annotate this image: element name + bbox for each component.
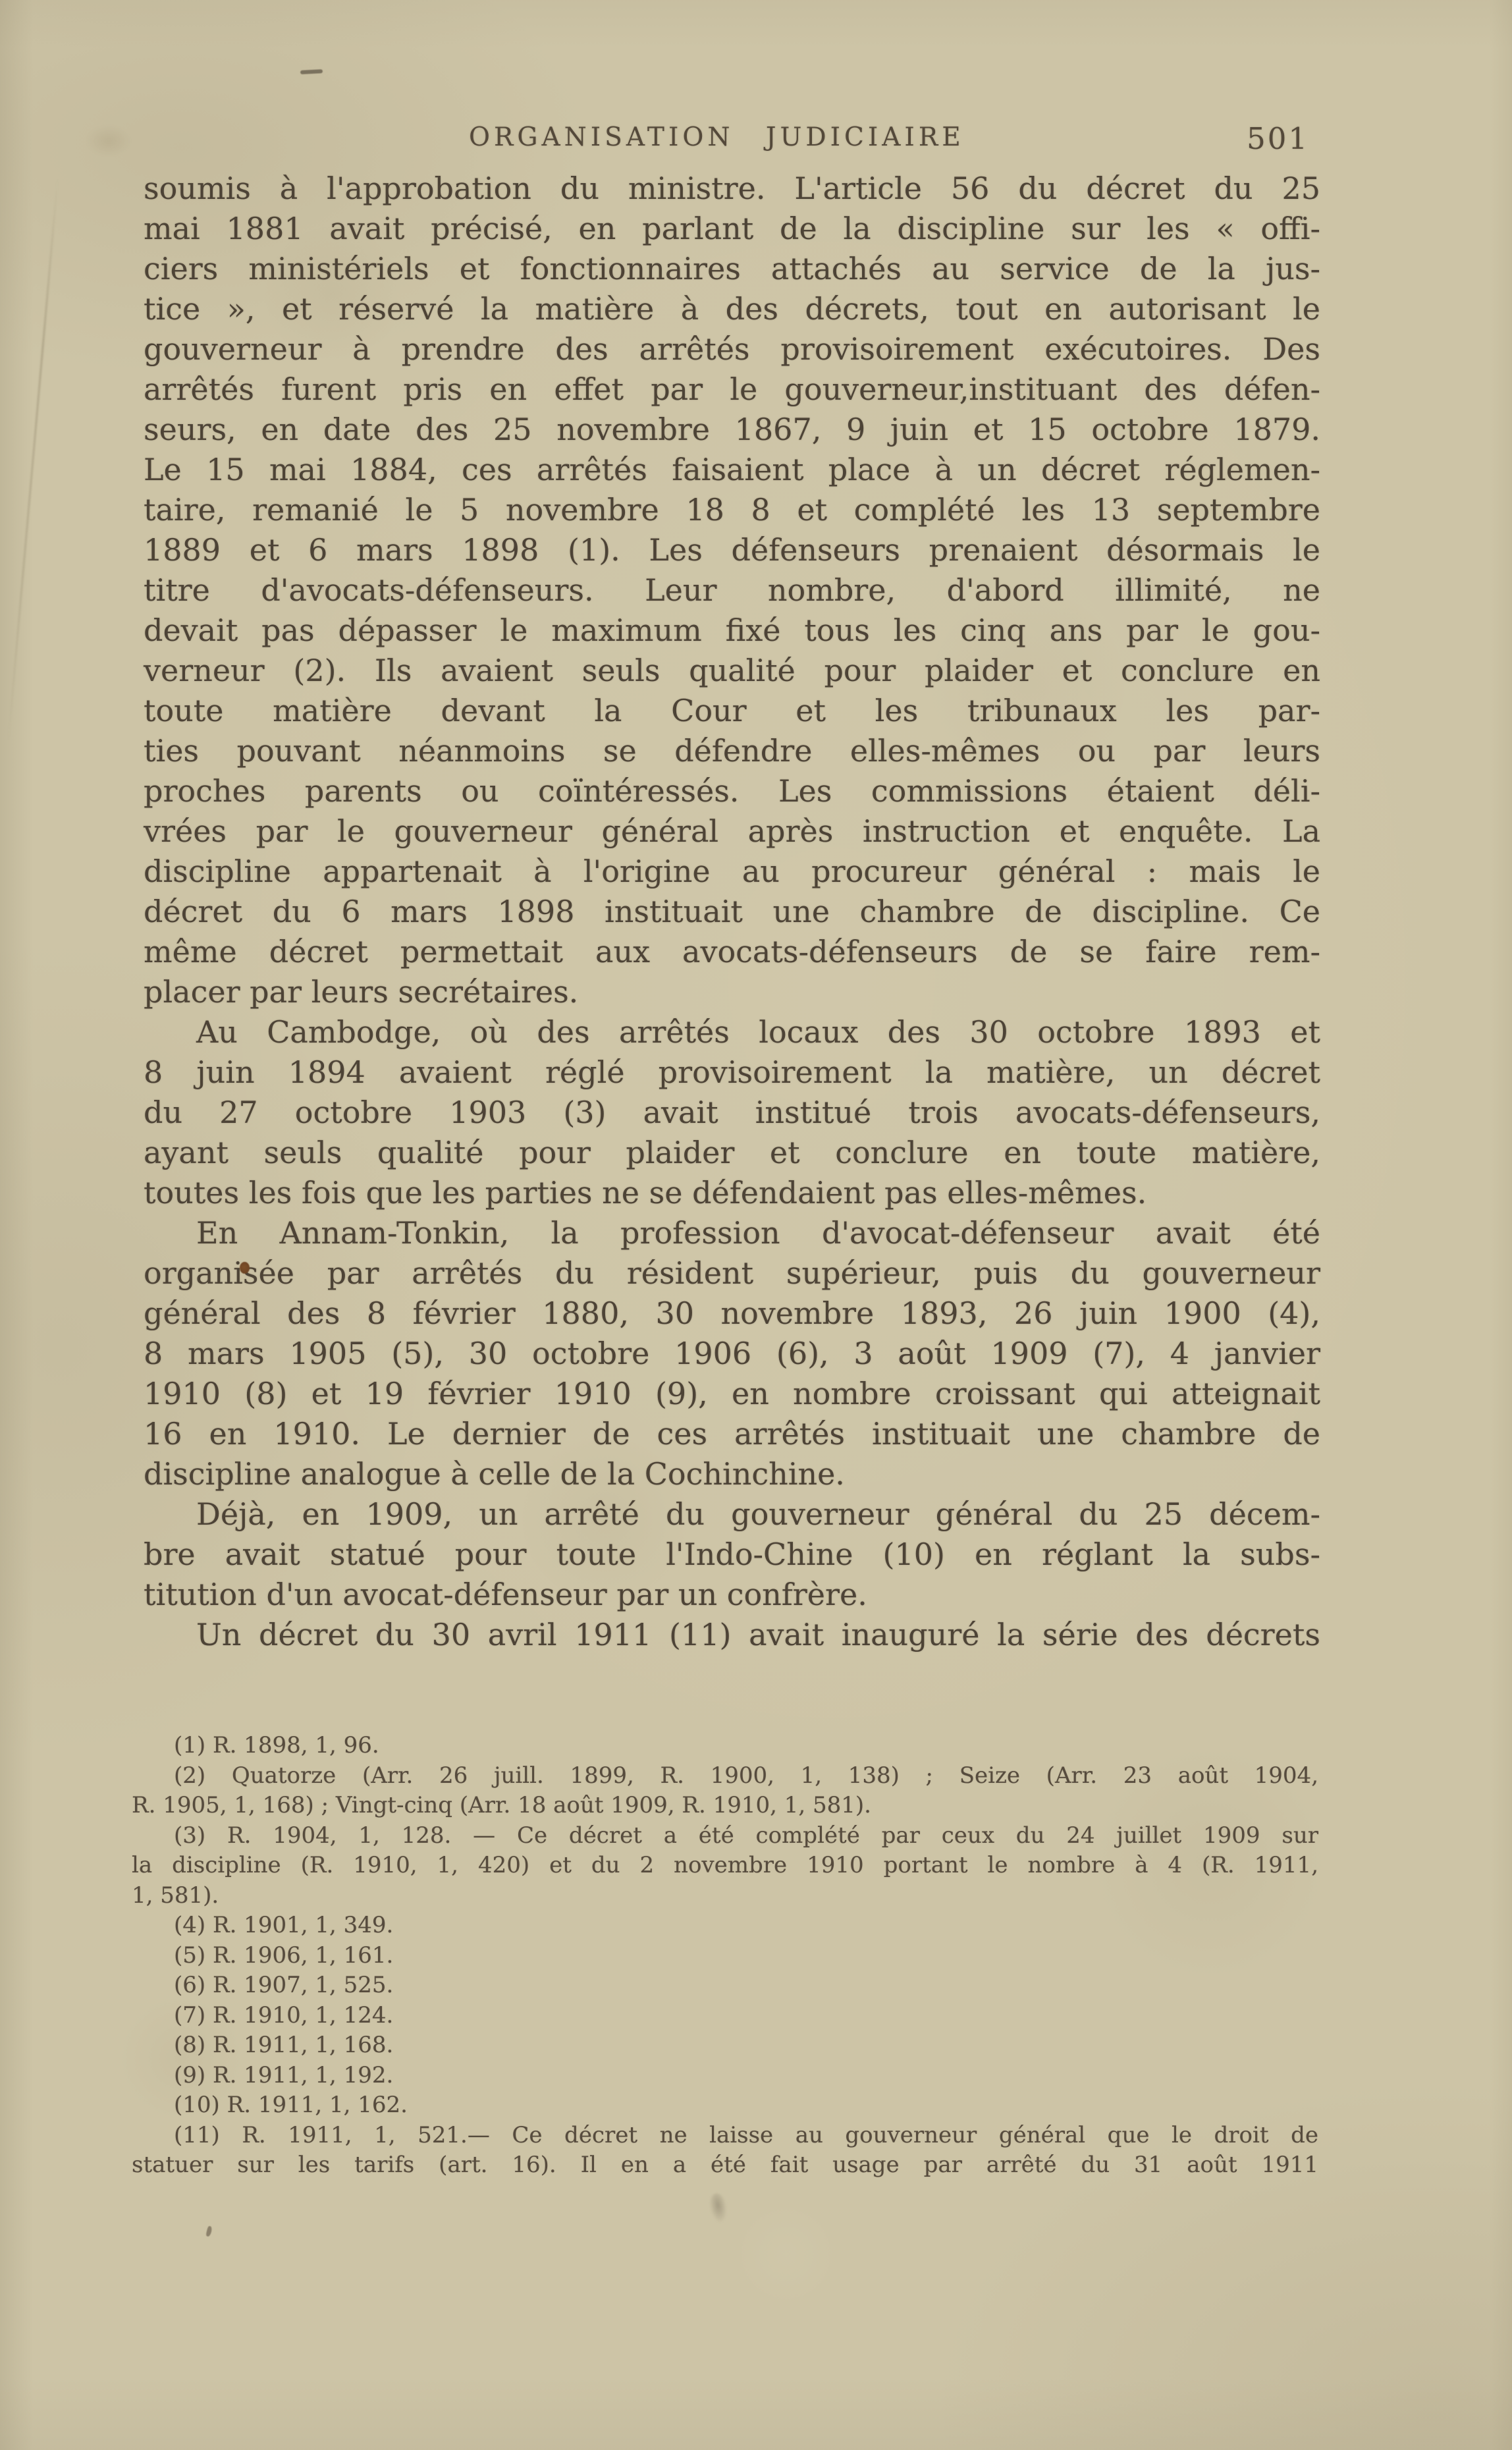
text-line: décret du 6 mars 1898 instituait une cha…	[144, 892, 1320, 932]
text-line: (10) R. 1911, 1, 162.	[132, 2090, 1318, 2121]
footnotes-block: (1) R. 1898, 1, 96.(2) Quatorze (Arr. 26…	[132, 1731, 1318, 2181]
text-line: (6) R. 1907, 1, 525.	[132, 1971, 1318, 2001]
page-header: ORGANISATION JUDICIAIRE 501	[0, 122, 1512, 162]
text-line: Déjà, en 1909, un arrêté du gouverneur g…	[144, 1494, 1320, 1535]
text-line: Un décret du 30 avril 1911 (11) avait in…	[144, 1615, 1320, 1655]
page-number: 501	[1243, 121, 1309, 156]
text-line: (4) R. 1901, 1, 349.	[132, 1911, 1318, 1941]
text-line: soumis à l'approbation du ministre. L'ar…	[144, 169, 1320, 209]
footnote: (2) Quatorze (Arr. 26 juill. 1899, R. 19…	[132, 1761, 1318, 1821]
text-line: proches parents ou coïntéressés. Les com…	[144, 771, 1320, 811]
footnote: (5) R. 1906, 1, 161.	[132, 1941, 1318, 1971]
text-line: (8) R. 1911, 1, 168.	[132, 2030, 1318, 2061]
text-line: 8 juin 1894 avaient réglé provisoirement…	[144, 1052, 1320, 1093]
text-line: ciers ministériels et fonctionnaires att…	[144, 249, 1320, 289]
text-line: Le 15 mai 1884, ces arrêtés faisaient pl…	[144, 450, 1320, 490]
text-line: 16 en 1910. Le dernier de ces arrêtés in…	[144, 1414, 1320, 1454]
text-line: 1910 (8) et 19 février 1910 (9), en nomb…	[144, 1374, 1320, 1414]
text-line: (2) Quatorze (Arr. 26 juill. 1899, R. 19…	[132, 1761, 1318, 1791]
text-line: du 27 octobre 1903 (3) avait institué tr…	[144, 1093, 1320, 1133]
paragraph: Déjà, en 1909, un arrêté du gouverneur g…	[144, 1494, 1320, 1615]
text-line: devait pas dépasser le maximum fixé tous…	[144, 611, 1320, 651]
running-title: ORGANISATION JUDICIAIRE	[469, 122, 965, 152]
footnote: (10) R. 1911, 1, 162.	[132, 2090, 1318, 2121]
text-line: la discipline (R. 1910, 1, 420) et du 2 …	[132, 1851, 1318, 1881]
text-line: verneur (2). Ils avaient seuls qualité p…	[144, 651, 1320, 691]
text-line: bre avait statué pour toute l'Indo-Chine…	[144, 1535, 1320, 1575]
text-line: toutes les fois que les parties ne se dé…	[144, 1173, 1320, 1213]
ink-dash-artifact	[300, 69, 323, 74]
paper-crease-artifact	[7, 178, 59, 742]
text-line: 1889 et 6 mars 1898 (1). Les défenseurs …	[144, 530, 1320, 570]
text-line: même décret permettait aux avocats-défen…	[144, 932, 1320, 972]
text-line: gouverneur à prendre des arrêtés proviso…	[144, 329, 1320, 369]
text-line: général des 8 février 1880, 30 novembre …	[144, 1293, 1320, 1334]
paragraph: Un décret du 30 avril 1911 (11) avait in…	[144, 1615, 1320, 1655]
paragraph: En Annam-Tonkin, la profession d'avocat-…	[144, 1213, 1320, 1494]
text-line: discipline analogue à celle de la Cochin…	[144, 1454, 1320, 1494]
text-line: statuer sur les tarifs (art. 16). Il en …	[132, 2150, 1318, 2181]
paragraph: Au Cambodge, où des arrêtés locaux des 3…	[144, 1012, 1320, 1213]
scanned-book-page: ORGANISATION JUDICIAIRE 501 soumis à l'a…	[0, 0, 1512, 2450]
footnote: (4) R. 1901, 1, 349.	[132, 1911, 1318, 1941]
text-line: (5) R. 1906, 1, 161.	[132, 1941, 1318, 1971]
text-line: 8 mars 1905 (5), 30 octobre 1906 (6), 3 …	[144, 1334, 1320, 1374]
smudge-artifact	[707, 2192, 730, 2225]
text-line: seurs, en date des 25 novembre 1867, 9 j…	[144, 410, 1320, 450]
text-line: tice », et réservé la matière à des décr…	[144, 289, 1320, 329]
text-line: vrées par le gouverneur général après in…	[144, 811, 1320, 852]
footnote: (11) R. 1911, 1, 521.— Ce décret ne lais…	[132, 2121, 1318, 2181]
footnote: (7) R. 1910, 1, 124.	[132, 2001, 1318, 2031]
text-line: discipline appartenait à l'origine au pr…	[144, 852, 1320, 892]
text-line: organisée par arrêtés du résident supéri…	[144, 1253, 1320, 1293]
text-line: Au Cambodge, où des arrêtés locaux des 3…	[144, 1012, 1320, 1052]
paragraph: soumis à l'approbation du ministre. L'ar…	[144, 169, 1320, 1012]
text-line: arrêtés furent pris en effet par le gouv…	[144, 369, 1320, 410]
text-line: 1, 581).	[132, 1881, 1318, 1911]
text-line: (3) R. 1904, 1, 128. — Ce décret a été c…	[132, 1821, 1318, 1851]
footnote: (1) R. 1898, 1, 96.	[132, 1731, 1318, 1761]
text-line: R. 1905, 1, 168) ; Vingt-cinq (Arr. 18 a…	[132, 1791, 1318, 1821]
footnote: (3) R. 1904, 1, 128. — Ce décret a été c…	[132, 1821, 1318, 1911]
text-line: taire, remanié le 5 novembre 18 8 et com…	[144, 490, 1320, 530]
ink-tick-artifact	[205, 2225, 213, 2237]
text-line: titre d'avocats-défenseurs. Leur nombre,…	[144, 570, 1320, 611]
text-line: placer par leurs secrétaires.	[144, 972, 1320, 1012]
text-line: mai 1881 avait précisé, en parlant de la…	[144, 209, 1320, 249]
text-line: En Annam-Tonkin, la profession d'avocat-…	[144, 1213, 1320, 1253]
text-line: (11) R. 1911, 1, 521.— Ce décret ne lais…	[132, 2121, 1318, 2151]
text-line: (7) R. 1910, 1, 124.	[132, 2001, 1318, 2031]
text-line: toute matière devant la Cour et les trib…	[144, 691, 1320, 731]
text-line: titution d'un avocat-défenseur par un co…	[144, 1575, 1320, 1615]
text-line: ayant seuls qualité pour plaider et conc…	[144, 1133, 1320, 1173]
body-text-block: soumis à l'approbation du ministre. L'ar…	[144, 169, 1320, 1655]
text-line: (9) R. 1911, 1, 192.	[132, 2061, 1318, 2091]
text-line: (1) R. 1898, 1, 96.	[132, 1731, 1318, 1761]
footnote: (9) R. 1911, 1, 192.	[132, 2061, 1318, 2091]
footnote: (6) R. 1907, 1, 525.	[132, 1971, 1318, 2001]
footnote: (8) R. 1911, 1, 168.	[132, 2030, 1318, 2061]
text-line: ties pouvant néanmoins se défendre elles…	[144, 731, 1320, 771]
